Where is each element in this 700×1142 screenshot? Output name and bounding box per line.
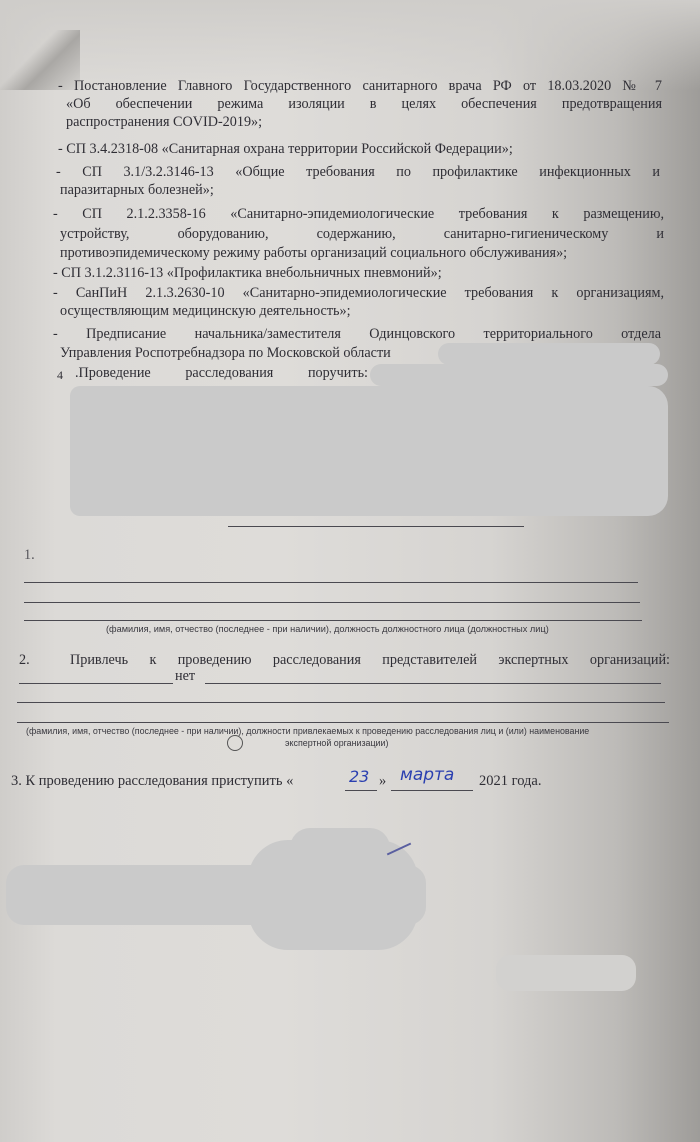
item-3-month-line[interactable]	[391, 790, 473, 791]
basis-item-3-line-2: паразитарных болезней»;	[60, 181, 214, 199]
redacted-area	[438, 343, 660, 365]
item-3-suffix: 2021 года.	[479, 772, 541, 790]
basis-item-6-line-1: - СанПиН 2.1.3.2630-10 «Санитарно-эпидем…	[53, 284, 664, 302]
basis-item-2: - СП 3.4.2318-08 «Санитарная охрана терр…	[58, 140, 513, 158]
basis-item-5: - СП 3.1.2.3116-13 «Профилактика внеболь…	[53, 264, 442, 282]
section-4-text: .Проведение расследования поручить:	[75, 364, 368, 382]
basis-item-1-line-3: распространения COVID-2019»;	[66, 113, 262, 131]
redacted-signature-area	[290, 828, 390, 868]
item-3-day: 23	[349, 767, 369, 786]
item-3-day-line[interactable]	[345, 790, 377, 791]
redacted-area	[70, 386, 668, 516]
basis-item-1-line-2: «Об обеспечении режима изоляции в целях …	[66, 95, 662, 113]
item-2-caption-line-1: (фамилия, имя, отчество (последнее - при…	[26, 726, 589, 737]
item-3-prefix: 3. К проведению расследования приступить…	[11, 772, 293, 790]
redacted-date-area	[496, 955, 636, 991]
item-1-caption: (фамилия, имя, отчество (последнее - при…	[106, 624, 549, 635]
basis-item-3-line-1: - СП 3.1/3.2.3146-13 «Общие требования п…	[56, 163, 660, 181]
item-2-number: 2.	[19, 651, 30, 669]
item-1-field-line-1[interactable]	[24, 582, 638, 583]
item-1-field-line-2[interactable]	[24, 602, 640, 603]
item-3-mid: »	[379, 772, 386, 790]
item-2-field-line-2[interactable]	[17, 702, 665, 703]
redacted-area	[370, 364, 668, 386]
item-2-value: нет	[175, 667, 195, 685]
basis-item-4-line-3: противоэпидемическому режиму работы орга…	[60, 244, 567, 262]
item-3-month: марта	[400, 765, 454, 785]
basis-item-6-line-2: осуществляющим медицинскую деятельность»…	[60, 302, 351, 320]
item-2-caption-line-2: экспертной организации)	[285, 738, 388, 749]
hole-punch-mark	[227, 735, 243, 751]
item-2-field-line-3[interactable]	[17, 722, 669, 723]
basis-item-4-line-1: - СП 2.1.2.3358-16 «Санитарно-эпидемиоло…	[53, 205, 664, 223]
basis-item-4-line-2: устройству, оборудованию, содержанию, са…	[60, 225, 664, 243]
item-2-field-line-right[interactable]	[205, 683, 661, 684]
basis-item-1-line-1: - Постановление Главного Государственног…	[58, 77, 662, 95]
item-1-number: 1.	[24, 546, 35, 564]
basis-item-7-line-1: - Предписание начальника/заместителя Оди…	[53, 325, 661, 343]
basis-item-7-line-2: Управления Роспотребнадзора по Московско…	[60, 344, 391, 362]
section-4-number: 4	[57, 366, 63, 384]
item-2-field-line-left[interactable]	[19, 683, 173, 684]
item-2-text: Привлечь к проведению расследования пред…	[70, 651, 670, 669]
item-1-field-line-3[interactable]	[24, 620, 642, 621]
signature-line	[228, 526, 524, 527]
